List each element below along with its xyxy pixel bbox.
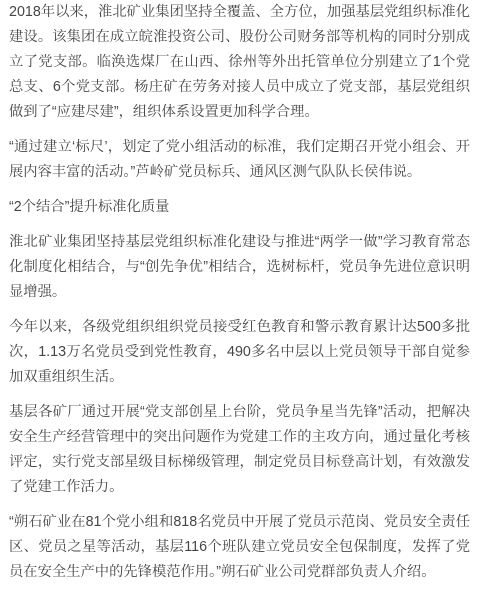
article-paragraph-3: 今年以来，各级党组织组织党员接受红色教育和警示教育累计达500多批次，1.13万…	[9, 315, 470, 390]
article-paragraph-4: 基层各矿厂通过开展“党支部创星上台阶，党员争星当先锋”活动，把解决安全生产经营管…	[9, 400, 470, 500]
article-paragraph-1: 2018年以来，淮北矿业集团坚持全覆盖、全方位，加强基层党组织标准化建设。该集团…	[9, 0, 470, 125]
section-heading: “2个结合”提升标准化质量	[9, 195, 470, 220]
article-body: 2018年以来，淮北矿业集团坚持全覆盖、全方位，加强基层党组织标准化建设。该集团…	[0, 0, 497, 585]
article-paragraph-quote-2: “朔石矿业在81个党小组和818名党员中开展了党员示范岗、党员安全责任区、党员之…	[9, 510, 470, 585]
article-paragraph-quote-1: “通过建立‘标尺’，划定了党小组活动的标准，我们定期召开党小组会、开展内容丰富的…	[9, 135, 470, 185]
article-paragraph-2: 淮北矿业集团坚持基层党组织标准化建设与推进“两学一做”学习教育常态化制度化相结合…	[9, 230, 470, 305]
